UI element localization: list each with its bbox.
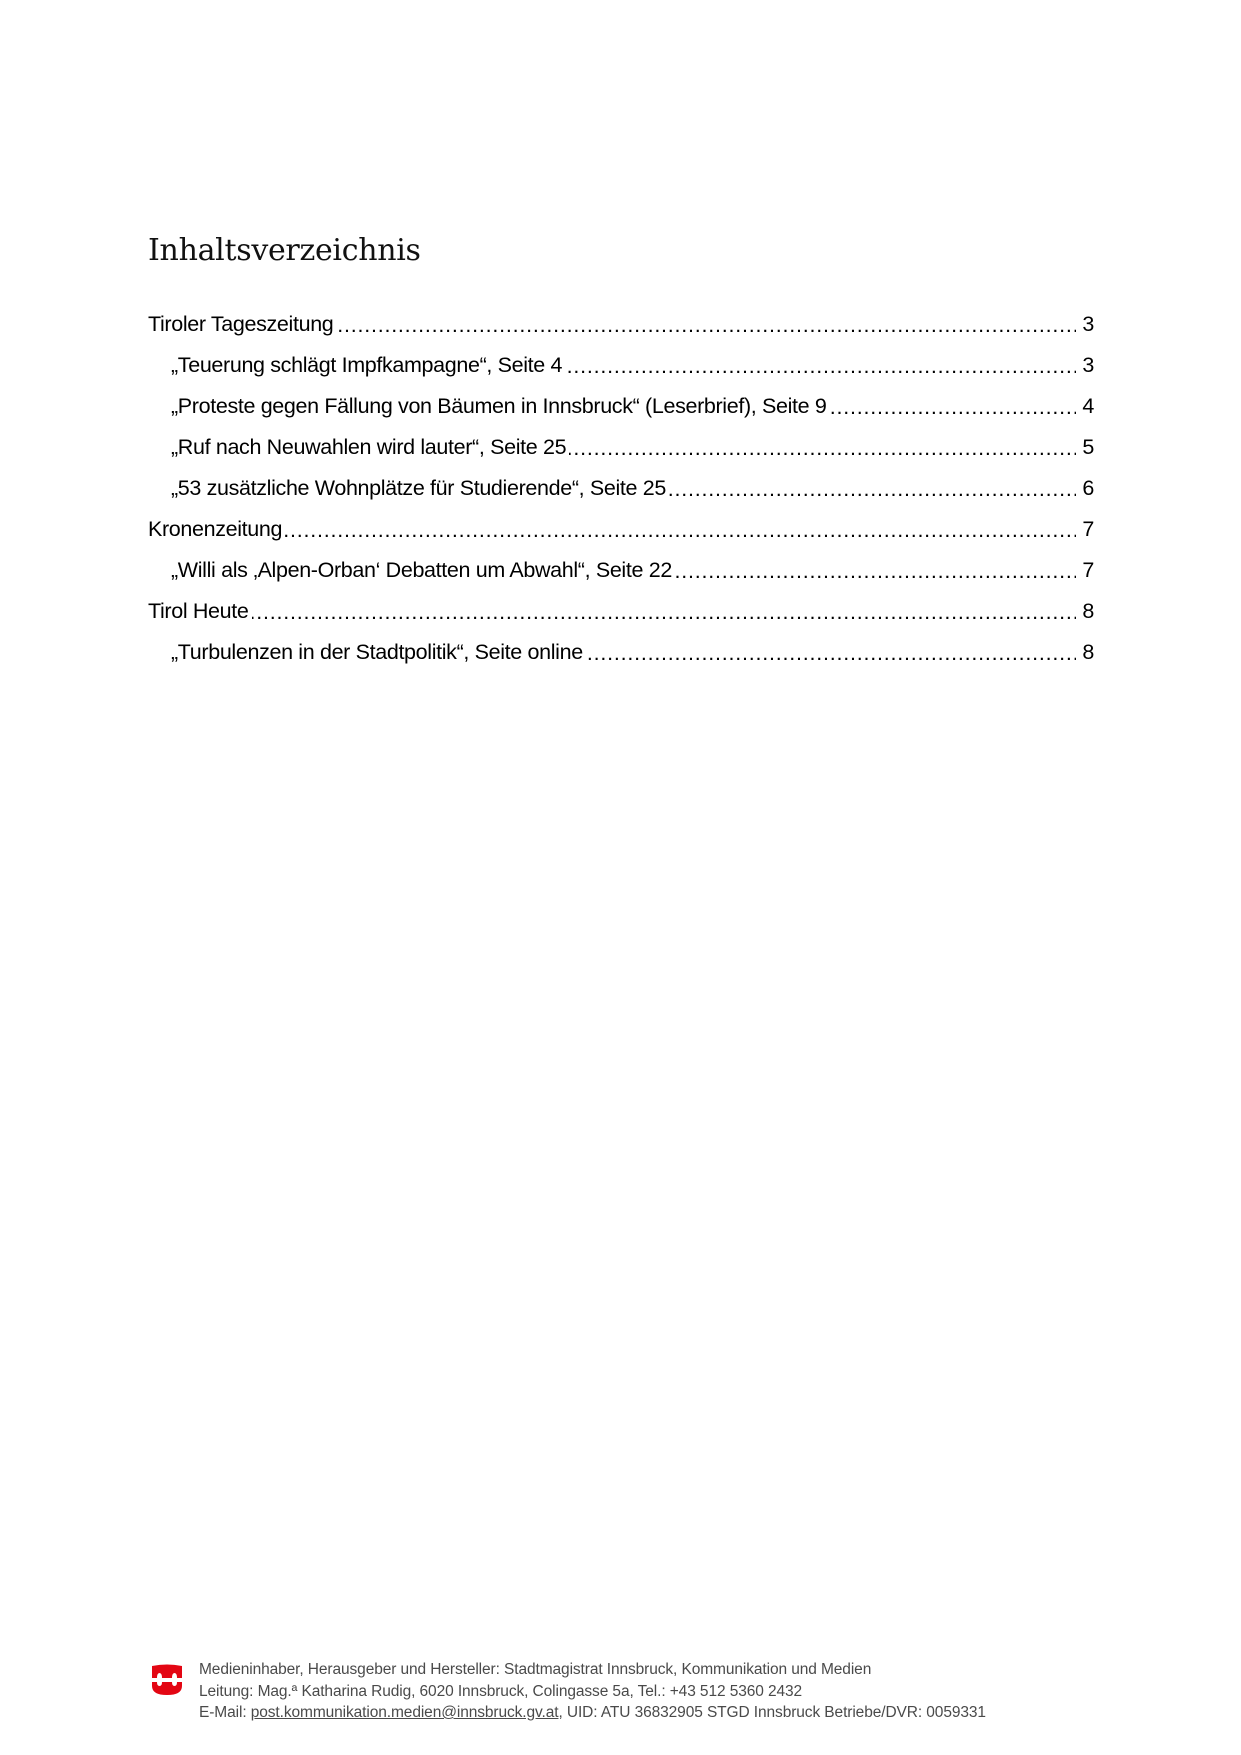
toc-entry-page: 4 <box>1076 394 1094 419</box>
toc-entry[interactable]: Kronenzeitung7 <box>148 509 1094 550</box>
dot-leader <box>669 477 1076 501</box>
toc-entry-label: „Turbulenzen in der Stadtpolitik“, Seite… <box>171 640 586 665</box>
toc-entry[interactable]: „Turbulenzen in der Stadtpolitik“, Seite… <box>148 632 1094 673</box>
email-label: E-Mail: <box>199 1704 251 1721</box>
dot-leader <box>586 641 1076 665</box>
dot-leader <box>569 436 1076 460</box>
toc-entry-label: Tirol Heute <box>148 599 252 624</box>
toc-entry[interactable]: „Teuerung schlägt Impfkampagne“, Seite 4… <box>148 345 1094 386</box>
toc-entry[interactable]: Tiroler Tageszeitung3 <box>148 304 1094 345</box>
logo-bottom-shape <box>152 1682 182 1695</box>
toc-entry-page: 3 <box>1076 312 1094 337</box>
toc-entry[interactable]: „53 zusätzliche Wohnplätze für Studieren… <box>148 468 1094 509</box>
toc-heading: Inhaltsverzeichnis <box>148 233 421 268</box>
dot-leader <box>830 395 1076 419</box>
toc-entry-page: 8 <box>1076 599 1094 624</box>
toc-entry-label: „Teuerung schlägt Impfkampagne“, Seite 4 <box>171 353 565 378</box>
table-of-contents: Tiroler Tageszeitung3 „Teuerung schlägt … <box>148 304 1094 673</box>
toc-entry[interactable]: Tirol Heute8 <box>148 591 1094 632</box>
page-footer: Medieninhaber, Herausgeber und Herstelle… <box>151 1659 1091 1729</box>
toc-entry-label: „Proteste gegen Fällung von Bäumen in In… <box>171 394 830 419</box>
uid-text: , UID: ATU 36832905 STGD Innsbruck Betri… <box>558 1704 985 1721</box>
toc-entry-page: 3 <box>1076 353 1094 378</box>
toc-entry[interactable]: „Proteste gegen Fällung von Bäumen in In… <box>148 386 1094 427</box>
toc-entry-page: 5 <box>1076 435 1094 460</box>
dot-leader <box>565 354 1076 378</box>
innsbruck-logo-icon <box>151 1664 183 1696</box>
toc-entry-label: Tiroler Tageszeitung <box>148 312 336 337</box>
toc-entry-label: „53 zusätzliche Wohnplätze für Studieren… <box>171 476 669 501</box>
toc-entry-label: „Willi als ‚Alpen-Orban‘ Debatten um Abw… <box>171 558 675 583</box>
dot-leader <box>336 313 1076 337</box>
toc-entry[interactable]: „Willi als ‚Alpen-Orban‘ Debatten um Abw… <box>148 550 1094 591</box>
footer-line-contact: E-Mail: post.kommunikation.medien@innsbr… <box>199 1702 986 1724</box>
toc-entry[interactable]: „Ruf nach Neuwahlen wird lauter“, Seite … <box>148 427 1094 468</box>
toc-entry-label: Kronenzeitung <box>148 517 285 542</box>
document-page: Inhaltsverzeichnis Tiroler Tageszeitung3… <box>0 0 1241 1755</box>
toc-entry-page: 7 <box>1076 517 1094 542</box>
dot-leader <box>675 559 1076 583</box>
toc-entry-label: „Ruf nach Neuwahlen wird lauter“, Seite … <box>171 435 569 460</box>
logo-top-shape <box>152 1665 182 1679</box>
toc-entry-page: 8 <box>1076 640 1094 665</box>
dot-leader <box>285 518 1076 542</box>
dot-leader <box>252 600 1076 624</box>
toc-entry-page: 6 <box>1076 476 1094 501</box>
footer-line-publisher: Medieninhaber, Herausgeber und Herstelle… <box>199 1659 986 1681</box>
footer-line-management: Leitung: Mag.ª Katharina Rudig, 6020 Inn… <box>199 1681 986 1703</box>
toc-entry-page: 7 <box>1076 558 1094 583</box>
email-link[interactable]: post.kommunikation.medien@innsbruck.gv.a… <box>251 1704 559 1721</box>
footer-imprint: Medieninhaber, Herausgeber und Herstelle… <box>199 1659 986 1724</box>
